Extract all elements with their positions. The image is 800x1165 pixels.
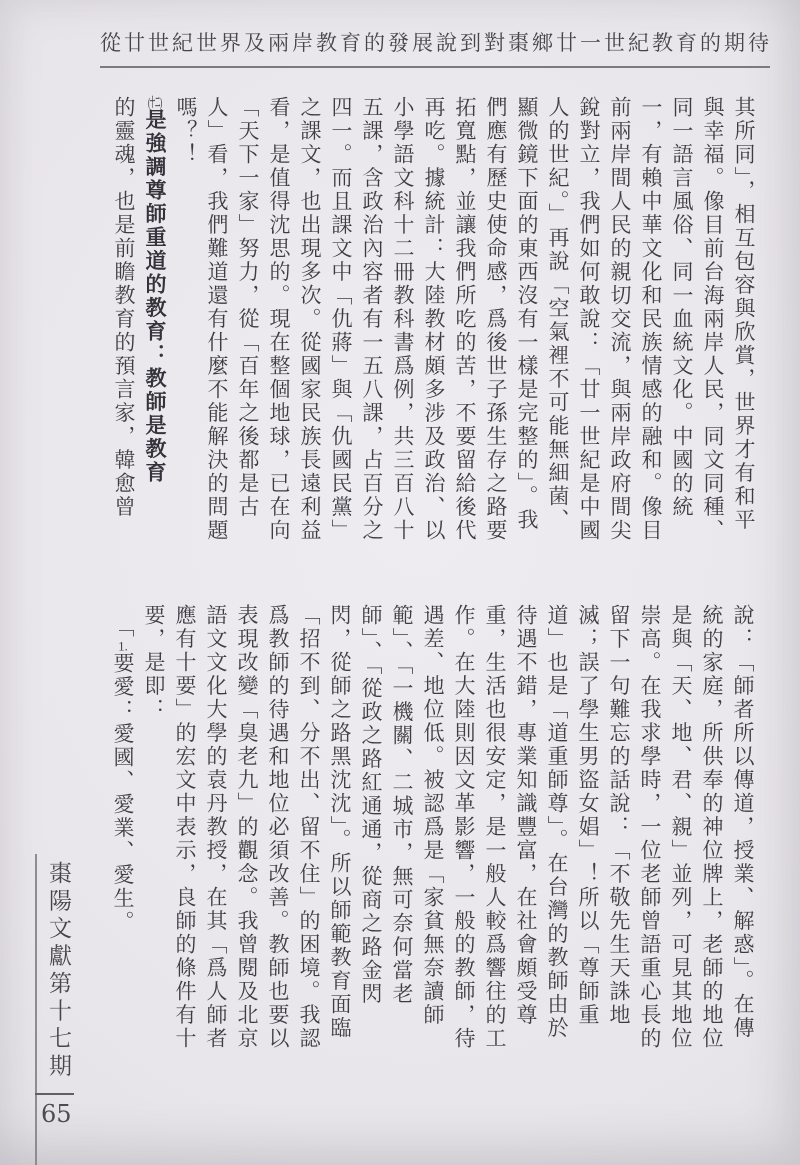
quote-open: 「 bbox=[111, 616, 135, 640]
text-column: 其所同」，相互包容與欣賞，世界才有和平 bbox=[728, 96, 759, 588]
text-column: 道」也是「道重師尊」。在台灣的教師由於 bbox=[541, 604, 572, 1094]
text-column: 四一。而且課文中「仇蔣」與「仇國民黨」 bbox=[325, 96, 356, 588]
text-column: 表現改變「臭老九」的觀念。我曾閱及北京 bbox=[231, 604, 262, 1094]
text-column: 要，是即： bbox=[138, 604, 169, 1094]
text-column: 滅；誤了學生男盜女娼」！所以「尊師重 bbox=[572, 604, 603, 1094]
text-run: 顯微鏡下面的東西沒有一樣是完整的」。我 bbox=[515, 96, 539, 532]
text-column: 重，生活也很安定，是一般人較爲響往的工 bbox=[479, 604, 510, 1094]
text-run: 之課文，也出現多次。從國家民族長遠利益 bbox=[298, 96, 322, 543]
margin-horizontal-rule bbox=[35, 1093, 74, 1095]
list-item-text: 要愛：愛國、愛業、愛生。 bbox=[111, 652, 135, 934]
text-run: 一，有賴中華文化和民族情感的融和。像目 bbox=[639, 96, 663, 543]
text-block-bottom: 說：「師者所以傳道，授業、解惑」。在傳統的家庭，所供奉的神位牌上，老師的地位是與… bbox=[107, 604, 758, 1094]
text-run: 崇高。在我求學時，一位老師曾語重心長的 bbox=[638, 604, 662, 1051]
text-run: 應有十要」的宏文中表示，良師的條件有十 bbox=[173, 604, 197, 1051]
text-column: 作。在大陸則因文革影響，一般的教師，待 bbox=[448, 604, 479, 1094]
text-run: 是與「天、地、君、親」並列，可見其地位 bbox=[669, 604, 693, 1051]
text-run: 五課，含政治內容者有一五八課，占百分之 bbox=[360, 96, 384, 543]
text-column: 是與「天、地、君、親」並列，可見其地位 bbox=[665, 604, 696, 1094]
text-run: 前兩岸間人民的親切交流，與兩岸政府間尖 bbox=[608, 96, 632, 543]
text-column: 看，是值得沈思的。現在整個地球，已在向 bbox=[263, 96, 294, 588]
text-column: 同一語言風俗、同一血統文化。中國的統 bbox=[666, 96, 697, 588]
text-run: 師」、「從政之路紅通通，從商之路金閃 bbox=[359, 604, 383, 1006]
margin-vertical-rule bbox=[35, 854, 37, 1165]
article-title: 從廿世紀世界及兩岸教育的發展說到對棗鄉廿一世紀教育的期待 bbox=[100, 27, 770, 68]
text-column: 五課，含政治內容者有一五八課，占百分之 bbox=[356, 96, 387, 588]
text-column: 們應有歷史使命感，爲後世子孫生存之路要 bbox=[480, 96, 511, 588]
text-column: 「1.要愛：愛國、愛業、愛生。 bbox=[107, 604, 138, 1094]
section-heading: 是強調尊師重道的教育：教師是教育 bbox=[143, 109, 167, 485]
text-run: 重，生活也很安定，是一般人較爲響往的工 bbox=[483, 604, 507, 1051]
text-run: 閃，從師之路黑沈沈」。所以師範教育面臨 bbox=[328, 604, 352, 1040]
text-column: 再吃。據統計：大陸教材頗多涉及政治、以 bbox=[418, 96, 449, 588]
text-column: 遇差、地位低。被認爲是「家貧無奈讀師 bbox=[417, 604, 448, 1094]
text-column: 小學語文科十二冊教科書爲例，共三百八十 bbox=[387, 96, 418, 588]
text-column: 拓寬點，並讓我們所吃的苦，不要留給後代 bbox=[449, 96, 480, 588]
text-run: 留下一句難忘的話說：「不敬先生天誅地 bbox=[607, 604, 631, 1027]
text-run: 拓寬點，並讓我們所吃的苦，不要留給後代 bbox=[453, 96, 477, 543]
section-number-marker: (十二) bbox=[148, 96, 162, 109]
text-column: 前兩岸間人民的親切交流，與兩岸政府間尖 bbox=[604, 96, 635, 588]
text-run: 四一。而且課文中「仇蔣」與「仇國民黨」 bbox=[329, 96, 353, 543]
text-column: 閃，從師之路黑沈沈」。所以師範教育面臨 bbox=[324, 604, 355, 1094]
text-column: 統的家庭，所供奉的神位牌上，老師的地位 bbox=[696, 604, 727, 1094]
text-run: 遇差、地位低。被認爲是「家貧無奈讀師 bbox=[421, 604, 445, 1027]
text-run: 要，是即： bbox=[142, 604, 166, 722]
text-column: 人的世紀。」再說「空氣裡不可能無細菌、 bbox=[542, 96, 573, 588]
text-run: 統的家庭，所供奉的神位牌上，老師的地位 bbox=[700, 604, 724, 1051]
text-column: 「天下一家」努力，從「百年之後都是古 bbox=[232, 96, 263, 588]
text-column: 待遇不錯，專業知識豐富，在社會頗受尊 bbox=[510, 604, 541, 1094]
text-column: 與幸福。像目前台海兩岸人民，同文同種、 bbox=[697, 96, 728, 588]
text-run: 語文文化大學的袁丹教授，在其「爲人師者 bbox=[204, 604, 228, 1051]
text-run: 滅；誤了學生男盜女娼」！所以「尊師重 bbox=[576, 604, 600, 1027]
text-column: 之課文，也出現多次。從國家民族長遠利益 bbox=[294, 96, 325, 588]
text-run: 們應有歷史使命感，爲後世子孫生存之路要 bbox=[484, 96, 508, 543]
text-run: 同一語言風俗、同一血統文化。中國的統 bbox=[670, 96, 694, 519]
text-column: 銳對立，我們如何敢說：「廿一世紀是中國 bbox=[573, 96, 604, 588]
text-run: 銳對立，我們如何敢說：「廿一世紀是中國 bbox=[577, 96, 601, 543]
text-run: 說：「師者所以傳道，授業、解惑」。在傳 bbox=[731, 604, 755, 1040]
text-run: 人的世紀。」再說「空氣裡不可能無細菌、 bbox=[546, 96, 570, 532]
text-column: 留下一句難忘的話說：「不敬先生天誅地 bbox=[603, 604, 634, 1094]
text-column: 範」、「一機關、二城市，無可奈何當老 bbox=[386, 604, 417, 1094]
text-column: 說：「師者所以傳道，授業、解惑」。在傳 bbox=[727, 604, 758, 1094]
journal-title: 棗陽文獻第十七期 bbox=[42, 861, 75, 1081]
text-column: 應有十要」的宏文中表示，良師的條件有十 bbox=[169, 604, 200, 1094]
text-column: 爲教師的待遇和地位必須改善。教師也要以 bbox=[262, 604, 293, 1094]
text-column: 師」、「從政之路紅通通，從商之路金閃 bbox=[355, 604, 386, 1094]
text-run: 「招不到、分不出、留不住」的困境。我認 bbox=[297, 604, 321, 1051]
text-column: 嗎？！ bbox=[170, 96, 201, 588]
text-run: 嗎？！ bbox=[174, 96, 198, 167]
text-column: 一，有賴中華文化和民族情感的融和。像目 bbox=[635, 96, 666, 588]
text-column: 人」看，我們難道還有什麼不能解決的問題 bbox=[201, 96, 232, 588]
text-run: 道」也是「道重師尊」。在台灣的教師由於 bbox=[545, 604, 569, 1040]
text-column: 的靈魂，也是前瞻教育的預言家，韓愈曾 bbox=[108, 96, 139, 588]
page-number: 65 bbox=[41, 1100, 72, 1128]
text-run: 再吃。據統計：大陸教材頗多涉及政治、以 bbox=[422, 96, 446, 543]
text-run: 表現改變「臭老九」的觀念。我曾閱及北京 bbox=[235, 604, 259, 1051]
text-column: (十二)是強調尊師重道的教育：教師是教育 bbox=[139, 96, 170, 588]
text-run: 其所同」，相互包容與欣賞，世界才有和平 bbox=[732, 96, 756, 532]
text-run: 人」看，我們難道還有什麼不能解決的問題 bbox=[205, 96, 229, 543]
text-run: 的靈魂，也是前瞻教育的預言家，韓愈曾 bbox=[112, 96, 136, 519]
text-run: 待遇不錯，專業知識豐富，在社會頗受尊 bbox=[514, 604, 538, 1027]
text-run: 爲教師的待遇和地位必須改善。教師也要以 bbox=[266, 604, 290, 1051]
list-number: 1. bbox=[116, 640, 130, 653]
text-run: 「天下一家」努力，從「百年之後都是古 bbox=[236, 96, 260, 519]
text-run: 作。在大陸則因文革影響，一般的教師，待 bbox=[452, 604, 476, 1051]
text-block-top: 其所同」，相互包容與欣賞，世界才有和平與幸福。像目前台海兩岸人民，同文同種、同一… bbox=[108, 96, 759, 588]
text-column: 崇高。在我求學時，一位老師曾語重心長的 bbox=[634, 604, 665, 1094]
text-run: 小學語文科十二冊教科書爲例，共三百八十 bbox=[391, 96, 415, 543]
text-run: 看，是值得沈思的。現在整個地球，已在向 bbox=[267, 96, 291, 543]
text-run: 與幸福。像目前台海兩岸人民，同文同種、 bbox=[701, 96, 725, 543]
text-column: 語文文化大學的袁丹教授，在其「爲人師者 bbox=[200, 604, 231, 1094]
scanned-document-page: 從廿世紀世界及兩岸教育的發展說到對棗鄉廿一世紀教育的期待 其所同」，相互包容與欣… bbox=[0, 0, 800, 1165]
text-run: 範」、「一機關、二城市，無可奈何當老 bbox=[390, 604, 414, 1006]
text-column: 「招不到、分不出、留不住」的困境。我認 bbox=[293, 604, 324, 1094]
text-column: 顯微鏡下面的東西沒有一樣是完整的」。我 bbox=[511, 96, 542, 588]
